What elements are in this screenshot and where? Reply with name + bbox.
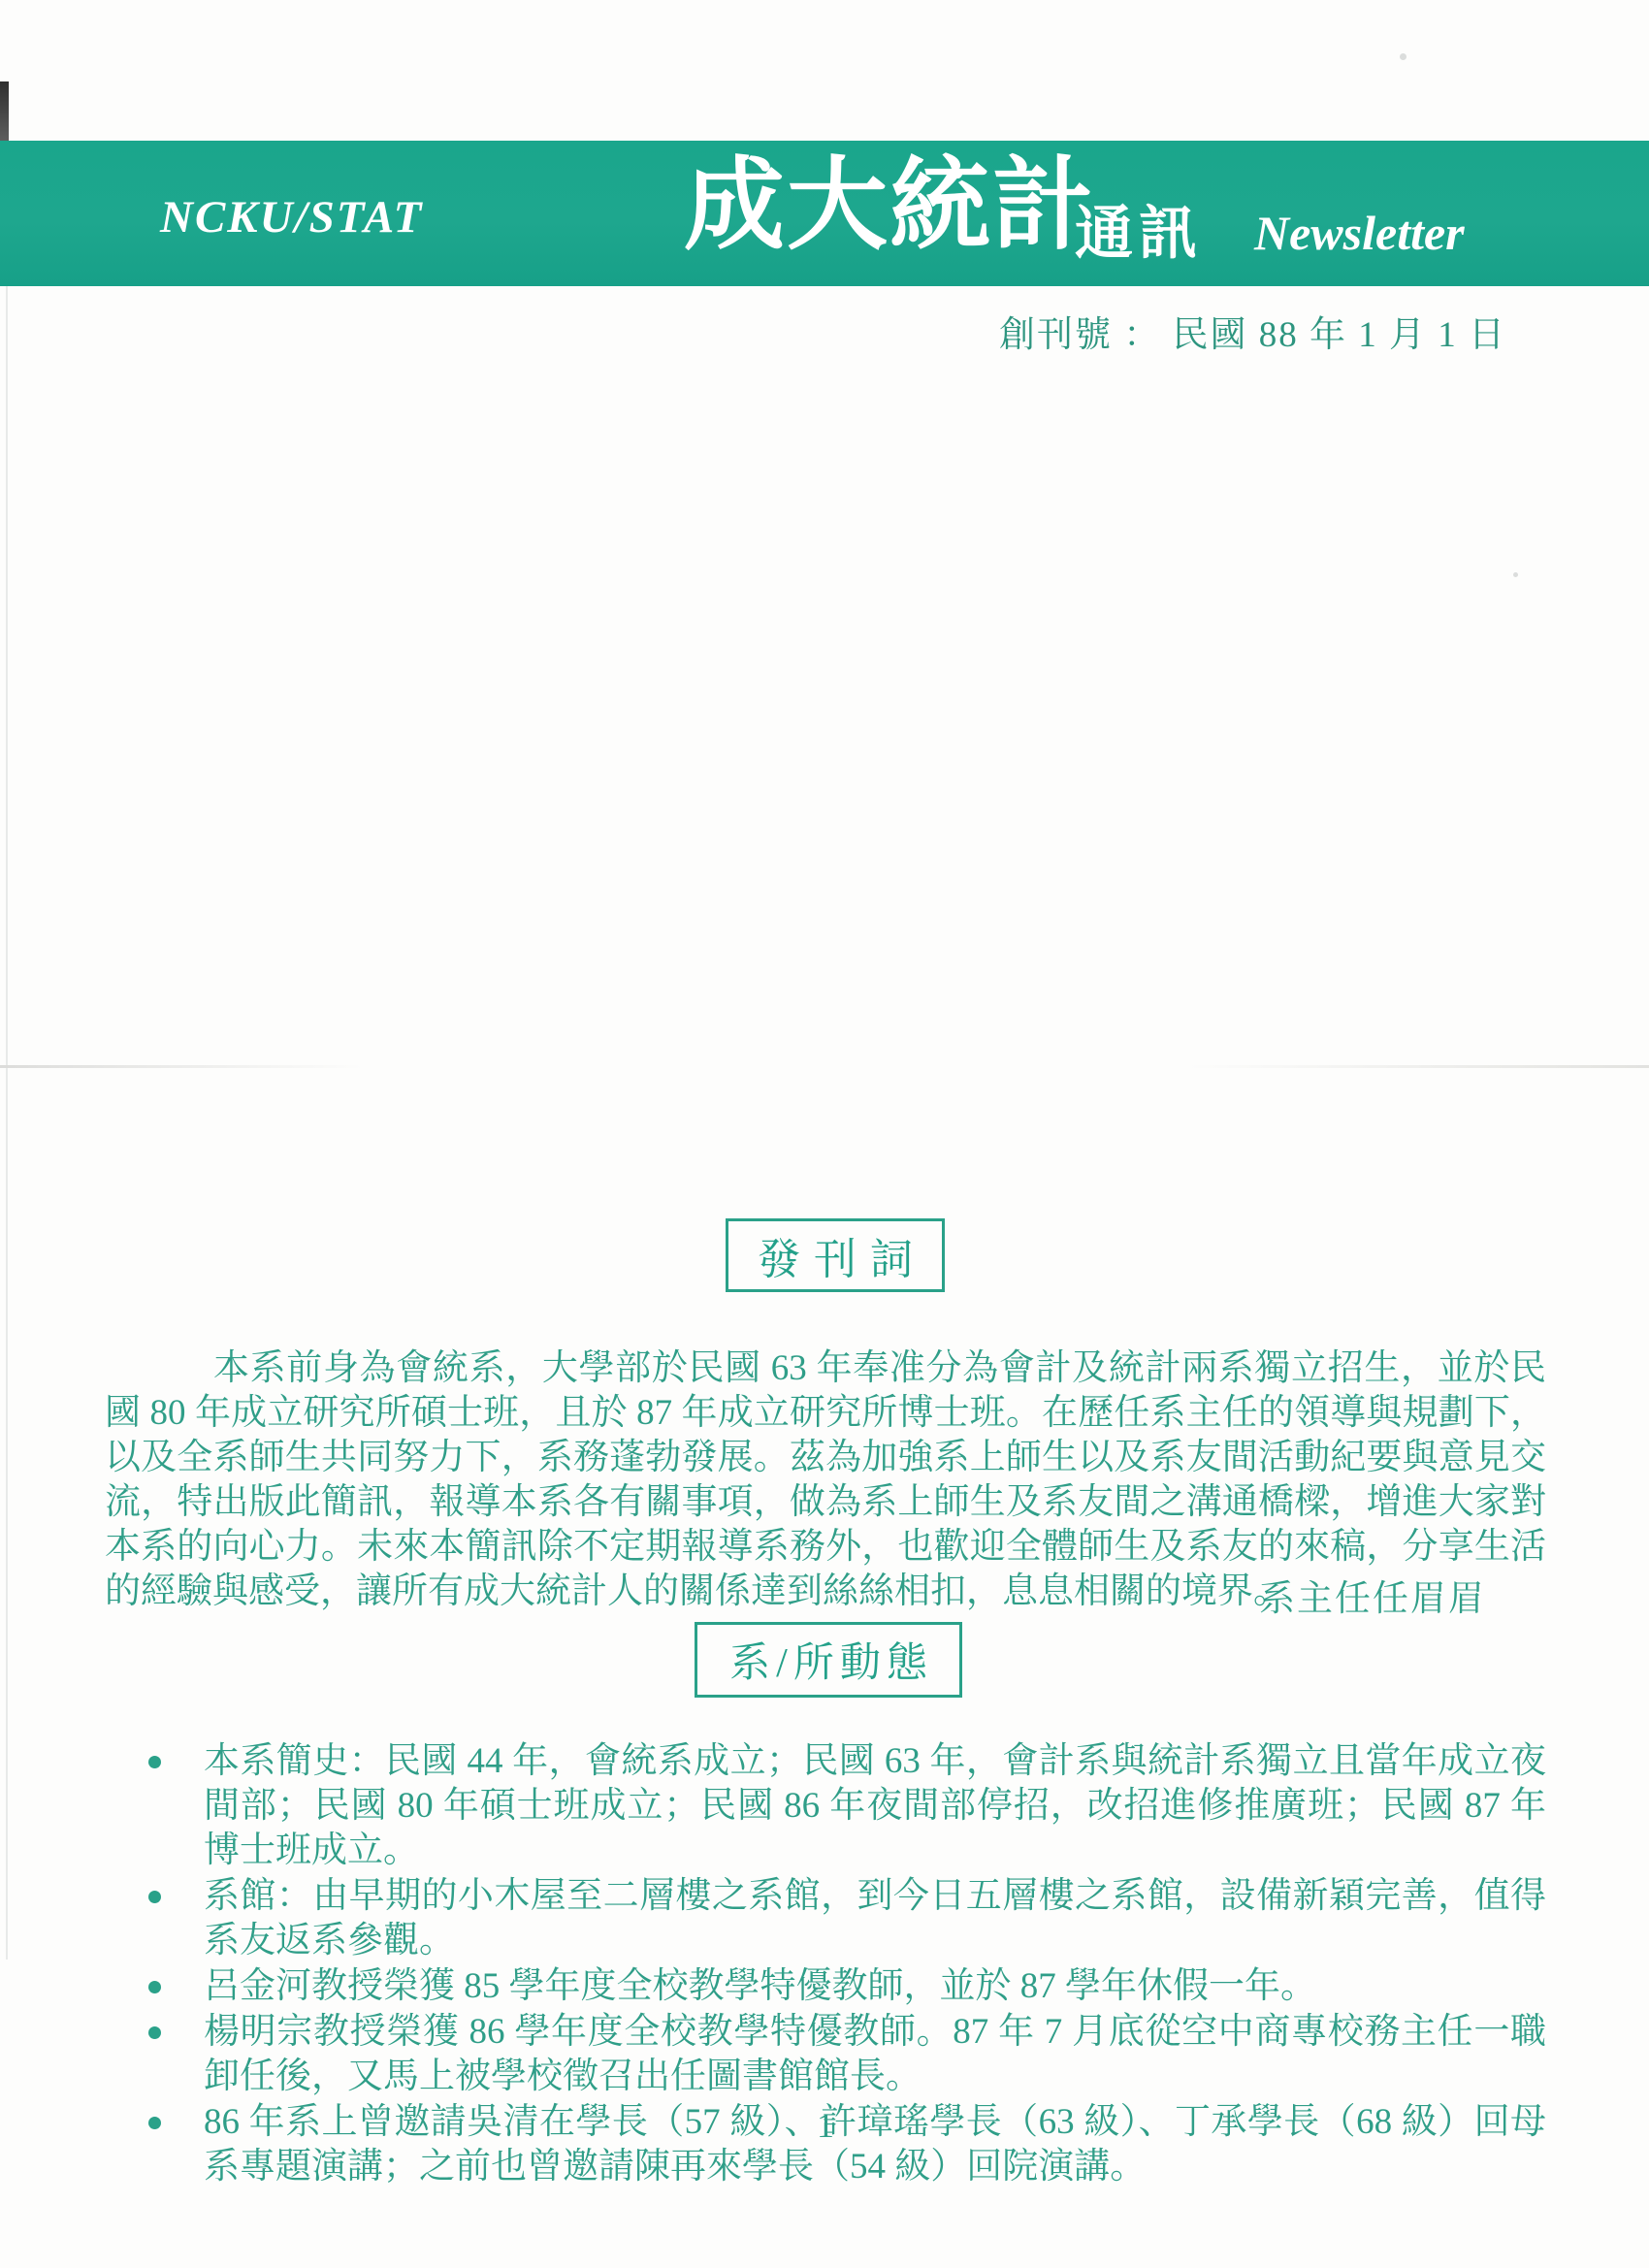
bullet-icon bbox=[148, 1891, 161, 1903]
bullet-icon bbox=[148, 2026, 161, 2039]
scan-edge-line bbox=[6, 213, 8, 1960]
list-item: 系館：由早期的小木屋至二層樓之系館，到今日五層樓之系館，設備新穎完善，值得系友返… bbox=[105, 1874, 1546, 1963]
list-item-text: 楊明宗教授榮獲 86 學年度全校教學特優教師。87 年 7 月底從空中商專校務主… bbox=[204, 2010, 1546, 2099]
masthead-main-title: 成大統計 bbox=[684, 154, 1095, 255]
scan-speck bbox=[1513, 572, 1518, 577]
masthead-left-title: NCKU/STAT bbox=[160, 191, 423, 243]
section-heading-news: 系/所動態 bbox=[695, 1622, 962, 1698]
list-item-text: 系館：由早期的小木屋至二層樓之系館，到今日五層樓之系館，設備新穎完善，值得系友返… bbox=[204, 1874, 1546, 1963]
bullet-icon bbox=[148, 2117, 161, 2129]
list-item-text: 呂金河教授榮獲 85 學年度全校教學特優教師，並於 87 學年休假一年。 bbox=[204, 1964, 1546, 2009]
foreword-heading-label: 發刊詞 bbox=[758, 1224, 926, 1286]
issue-date-line: 創刊號 ： 民國 88 年 1 月 1 日 bbox=[999, 305, 1506, 357]
list-item-text: 86 年系上曾邀請吳清在學長（57 級）、許璋瑤學長（63 級）、丁承學長（68… bbox=[204, 2100, 1546, 2189]
bullet-icon bbox=[148, 1756, 161, 1768]
masthead-sub-title: 通訊 bbox=[1075, 205, 1203, 263]
list-item: 呂金河教授榮獲 85 學年度全校教學特優教師，並於 87 學年休假一年。 bbox=[105, 1964, 1546, 2009]
masthead-band: NCKU/STAT 成大統計 通訊 Newsletter bbox=[0, 141, 1649, 286]
scan-speck bbox=[1400, 53, 1406, 60]
news-heading-label: 系/所動態 bbox=[729, 1631, 933, 1689]
newsletter-page: NCKU/STAT 成大統計 通訊 Newsletter 創刊號 ： 民國 88… bbox=[0, 0, 1649, 2268]
foreword-signature: 系主任任眉眉 bbox=[1259, 1569, 1486, 1621]
section-heading-foreword: 發刊詞 bbox=[726, 1218, 945, 1292]
list-item: 楊明宗教授榮獲 86 學年度全校教學特優教師。87 年 7 月底從空中商專校務主… bbox=[105, 2010, 1546, 2099]
list-item: 本系簡史：民國 44 年，會統系成立；民國 63 年，會計系與統計系獨立且當年成… bbox=[105, 1739, 1546, 1873]
paper-fold-line bbox=[0, 1065, 1649, 1068]
bullet-icon bbox=[148, 1981, 161, 1993]
list-item-text: 本系簡史：民國 44 年，會統系成立；民國 63 年，會計系與統計系獨立且當年成… bbox=[204, 1739, 1546, 1873]
masthead-newsletter-title: Newsletter bbox=[1254, 205, 1465, 261]
page-number: 1 bbox=[817, 2105, 834, 2146]
